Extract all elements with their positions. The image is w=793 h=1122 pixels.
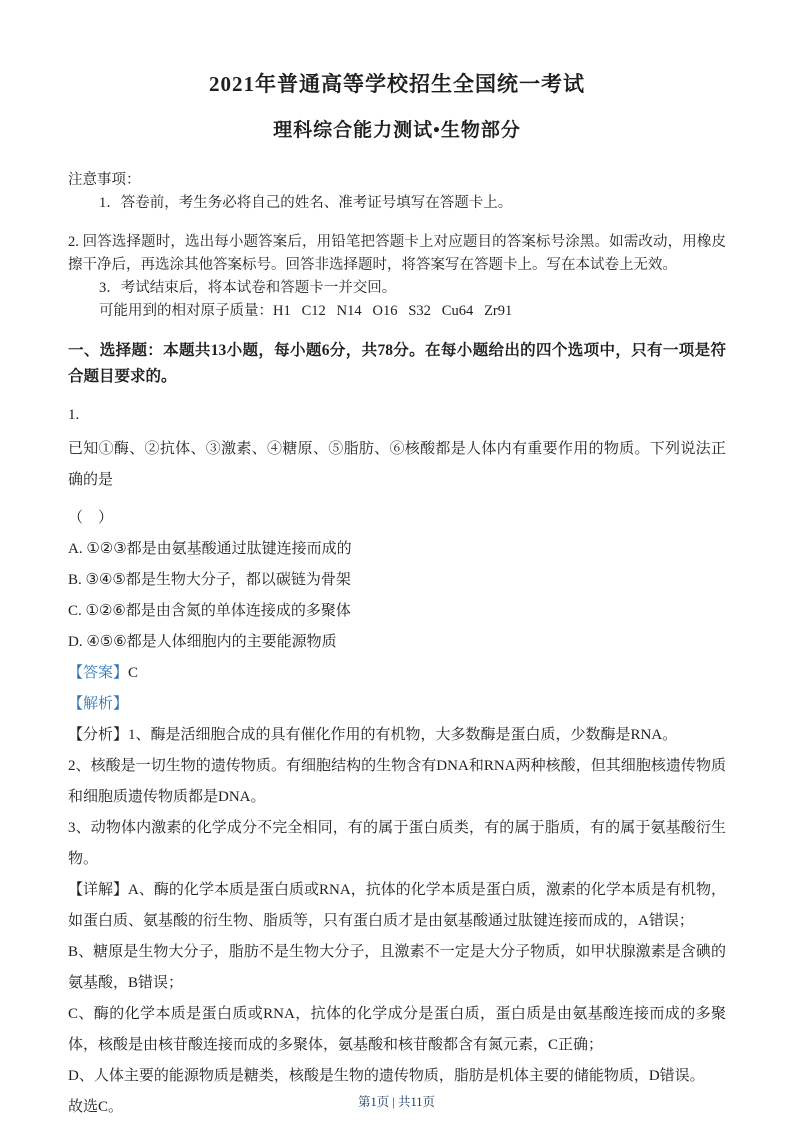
notice-heading: 注意事项： [68, 169, 726, 192]
document-page: 2021年普通高等学校招生全国统一考试 理科综合能力测试•生物部分 注意事项： … [0, 0, 793, 1122]
detail-paragraph-a: 【详解】A、酶的化学本质是蛋白质或RNA，抗体的化学本质是蛋白质，激素的化学本质… [68, 875, 726, 937]
analysis-paragraph-1: 【分析】1、酶是活细胞合成的具有催化作用的有机物，大多数酶是蛋白质，少数酶是RN… [68, 720, 726, 751]
explain-tag: 【解析】 [68, 696, 128, 712]
explain-line: 【解析】 [68, 689, 726, 720]
question-number: 1. [68, 400, 726, 431]
doc-title: 2021年普通高等学校招生全国统一考试 [68, 70, 726, 98]
doc-subtitle: 理科综合能力测试•生物部分 [68, 118, 726, 144]
answer-tag: 【答案】 [68, 665, 128, 681]
answer-line: 【答案】C [68, 658, 726, 689]
detail-paragraph-d: D、人体主要的能源物质是糖类，核酸是生物的遗传物质，脂肪是机体主要的储能物质，D… [68, 1061, 726, 1092]
option-a: A. ①②③都是由氨基酸通过肽键连接而成的 [68, 534, 726, 565]
analysis-paragraph-3: 3、动物体内激素的化学成分不完全相同，有的属于蛋白质类，有的属于脂质，有的属于氨… [68, 813, 726, 875]
analysis-block: 【分析】1、酶是活细胞合成的具有催化作用的有机物，大多数酶是蛋白质，少数酶是RN… [68, 720, 726, 875]
option-d: D. ④⑤⑥都是人体细胞内的主要能源物质 [68, 627, 726, 658]
question-stem: 已知①酶、②抗体、③激素、④糖原、⑤脂肪、⑥核酸都是人体内有重要作用的物质。下列… [68, 434, 726, 496]
atomic-masses-line: 可能用到的相对原子质量：H1 C12 N14 O16 S32 Cu64 Zr91 [68, 300, 726, 323]
notice-item-2: 2. 回答选择题时，选出每小题答案后，用铅笔把答题卡上对应题目的答案标号涂黑。如… [68, 231, 726, 277]
option-b: B. ③④⑤都是生物大分子，都以碳链为骨架 [68, 565, 726, 596]
section-heading: 一、选择题：本题共13小题，每小题6分，共78分。在每小题给出的四个选项中，只有… [68, 338, 726, 390]
answer-value: C [128, 665, 138, 681]
detail-block: 【详解】A、酶的化学本质是蛋白质或RNA，抗体的化学本质是蛋白质，激素的化学本质… [68, 875, 726, 1092]
notice-item-3: 3．考试结束后，将本试卷和答题卡一并交回。 [68, 277, 726, 300]
notice-section: 注意事项： 1．答卷前，考生务必将自己的姓名、准考证号填写在答题卡上。 2. 回… [68, 169, 726, 323]
option-c: C. ①②⑥都是由含氮的单体连接成的多聚体 [68, 596, 726, 627]
page-footer: 第1页 | 共11页 [0, 1092, 793, 1110]
notice-item-1: 1．答卷前，考生务必将自己的姓名、准考证号填写在答题卡上。 [68, 192, 726, 215]
detail-paragraph-b: B、糖原是生物大分子，脂肪不是生物大分子，且激素不一定是大分子物质，如甲状腺激素… [68, 937, 726, 999]
detail-paragraph-c: C、酶的化学本质是蛋白质或RNA，抗体的化学成分是蛋白质，蛋白质是由氨基酸连接而… [68, 999, 726, 1061]
analysis-paragraph-2: 2、核酸是一切生物的遗传物质。有细胞结构的生物含有DNA和RNA两种核酸，但其细… [68, 751, 726, 813]
question-answer-bracket: （ ） [68, 503, 726, 534]
option-list: A. ①②③都是由氨基酸通过肽键连接而成的 B. ③④⑤都是生物大分子，都以碳链… [68, 534, 726, 658]
question-block: 1. 已知①酶、②抗体、③激素、④糖原、⑤脂肪、⑥核酸都是人体内有重要作用的物质… [68, 400, 726, 1122]
